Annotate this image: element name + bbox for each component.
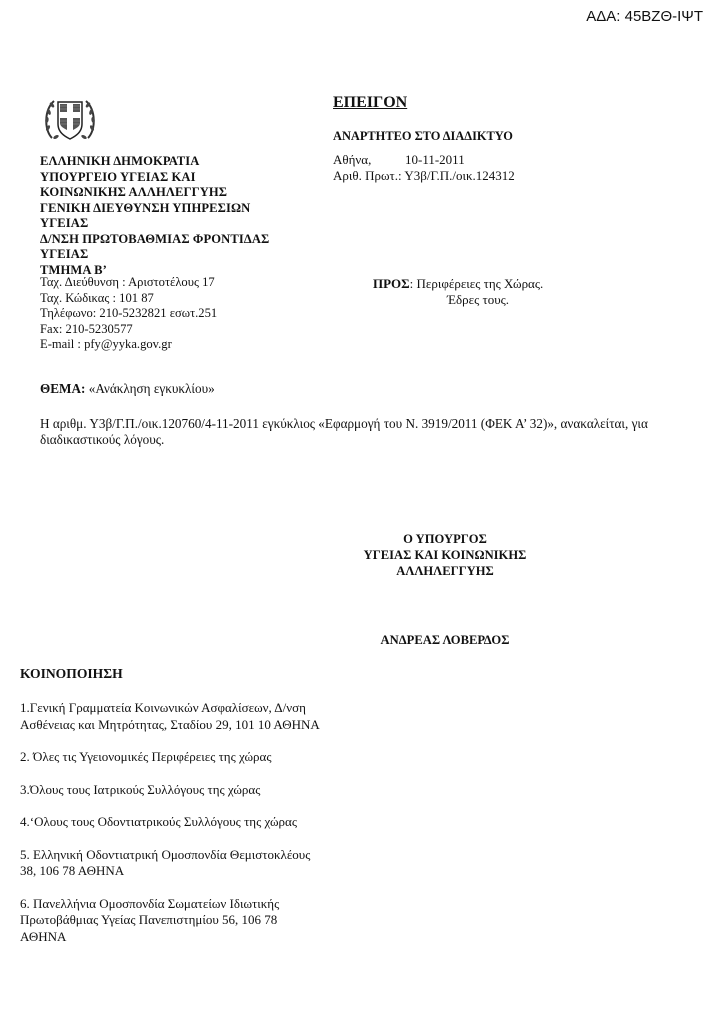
date-protocol-block: Αθήνα,10-11-2011 Αριθ. Πρωτ.: Υ3β/Γ.Π./ο… xyxy=(333,152,515,184)
urgent-label: ΕΠΕΙΓΟΝ xyxy=(333,94,407,112)
protocol-label: Αριθ. Πρωτ.: xyxy=(333,168,402,183)
cc-item: 1.Γενική Γραμματεία Κοινωνικών Ασφαλίσεω… xyxy=(20,700,320,733)
date-line: Αθήνα,10-11-2011 xyxy=(333,152,515,168)
subject-label: ΘΕΜΑ: xyxy=(40,381,85,396)
fax-line: Fax: 210-5230577 xyxy=(40,322,217,338)
email-line: E-mail : pfy@yyka.gov.gr xyxy=(40,337,217,353)
recipient-line: ΠΡΟΣ: Περιφέρειες της Χώρας. xyxy=(373,276,543,292)
phone-line: Τηλέφωνο: 210-5232821 εσωτ.251 xyxy=(40,306,217,322)
body-paragraph: Η αριθμ. Υ3β/Γ.Π./οικ.120760/4-11-2011 ε… xyxy=(40,416,680,448)
publish-notice: ΑΝΑΡΤΗΤΕΟ ΣΤΟ ΔΙΑΔΙΚΤΥΟ xyxy=(333,129,513,144)
ada-code: ΑΔΑ: 45ΒΖΘ-ΙΨΤ xyxy=(586,8,703,25)
document-date: 10-11-2011 xyxy=(405,152,465,167)
subject-text: «Ανάκληση εγκυκλίου» xyxy=(85,381,214,396)
postal-code-line: Ταχ. Κώδικας : 101 87 xyxy=(40,291,217,307)
contact-details: Ταχ. Διεύθυνση : Αριστοτέλους 17 Ταχ. Κώ… xyxy=(40,275,217,353)
cc-list: 1.Γενική Γραμματεία Κοινωνικών Ασφαλίσεω… xyxy=(20,700,320,961)
org-line: ΓΕΝΙΚΗ ΔΙΕΥΘΥΝΣΗ ΥΠΗΡΕΣΙΩΝ xyxy=(40,201,269,217)
signature-line: Ο ΥΠΟΥΡΓΟΣ xyxy=(330,531,560,547)
org-line: ΥΠΟΥΡΓΕΙΟ ΥΓΕΙΑΣ ΚΑΙ xyxy=(40,170,269,186)
protocol-line: Αριθ. Πρωτ.: Υ3β/Γ.Π./οικ.124312 xyxy=(333,168,515,184)
org-line: ΕΛΛΗΝΙΚΗ ΔΗΜΟΚΡΑΤΙΑ xyxy=(40,154,269,170)
org-line: ΥΓΕΙΑΣ xyxy=(40,247,269,263)
address-line: Ταχ. Διεύθυνση : Αριστοτέλους 17 xyxy=(40,275,217,291)
cc-item: 5. Ελληνική Οδοντιατρική Ομοσπονδία Θεμι… xyxy=(20,847,320,880)
recipient-label: ΠΡΟΣ xyxy=(373,276,410,291)
cc-item: 4.‘Ολους τους Οδοντιατρικούς Συλλόγους τ… xyxy=(20,814,320,831)
recipient-text: : Περιφέρειες της Χώρας. xyxy=(410,276,544,291)
cc-item: 3.Όλους τους Ιατρικούς Συλλόγους της χώρ… xyxy=(20,782,320,799)
place-label: Αθήνα, xyxy=(333,152,405,168)
cc-item: 2. Όλες τις Υγειονομικές Περιφέρειες της… xyxy=(20,749,320,766)
signature-title: Ο ΥΠΟΥΡΓΟΣ ΥΓΕΙΑΣ ΚΑΙ ΚΟΙΝΩΝΙΚΗΣ ΑΛΛΗΛΕΓ… xyxy=(330,531,560,579)
organization-header: ΕΛΛΗΝΙΚΗ ΔΗΜΟΚΡΑΤΙΑ ΥΠΟΥΡΓΕΙΟ ΥΓΕΙΑΣ ΚΑΙ… xyxy=(40,154,269,278)
cc-item: 6. Πανελλήνια Ομοσπονδία Σωματείων Ιδιωτ… xyxy=(20,896,320,946)
protocol-number: Υ3β/Γ.Π./οικ.124312 xyxy=(404,168,514,183)
greek-coat-of-arms-icon xyxy=(42,94,98,146)
recipient-block: ΠΡΟΣ: Περιφέρειες της Χώρας. Έδρες τους. xyxy=(373,276,543,308)
org-line: Δ/ΝΣΗ ΠΡΩΤΟΒΑΘΜΙΑΣ ΦΡΟΝΤΙΔΑΣ xyxy=(40,232,269,248)
org-line: ΥΓΕΙΑΣ xyxy=(40,216,269,232)
subject-line: ΘΕΜΑ: «Ανάκληση εγκυκλίου» xyxy=(40,381,215,397)
signer-name: ΑΝΔΡΕΑΣ ΛΟΒΕΡΔΟΣ xyxy=(330,633,560,648)
cc-title: ΚΟΙΝΟΠΟΙΗΣΗ xyxy=(20,666,123,682)
recipient-line-2: Έδρες τους. xyxy=(373,292,543,308)
signature-line: ΑΛΛΗΛΕΓΓΥΗΣ xyxy=(330,563,560,579)
org-line: ΚΟΙΝΩΝΙΚΗΣ ΑΛΛΗΛΕΓΓΥΗΣ xyxy=(40,185,269,201)
signature-line: ΥΓΕΙΑΣ ΚΑΙ ΚΟΙΝΩΝΙΚΗΣ xyxy=(330,547,560,563)
